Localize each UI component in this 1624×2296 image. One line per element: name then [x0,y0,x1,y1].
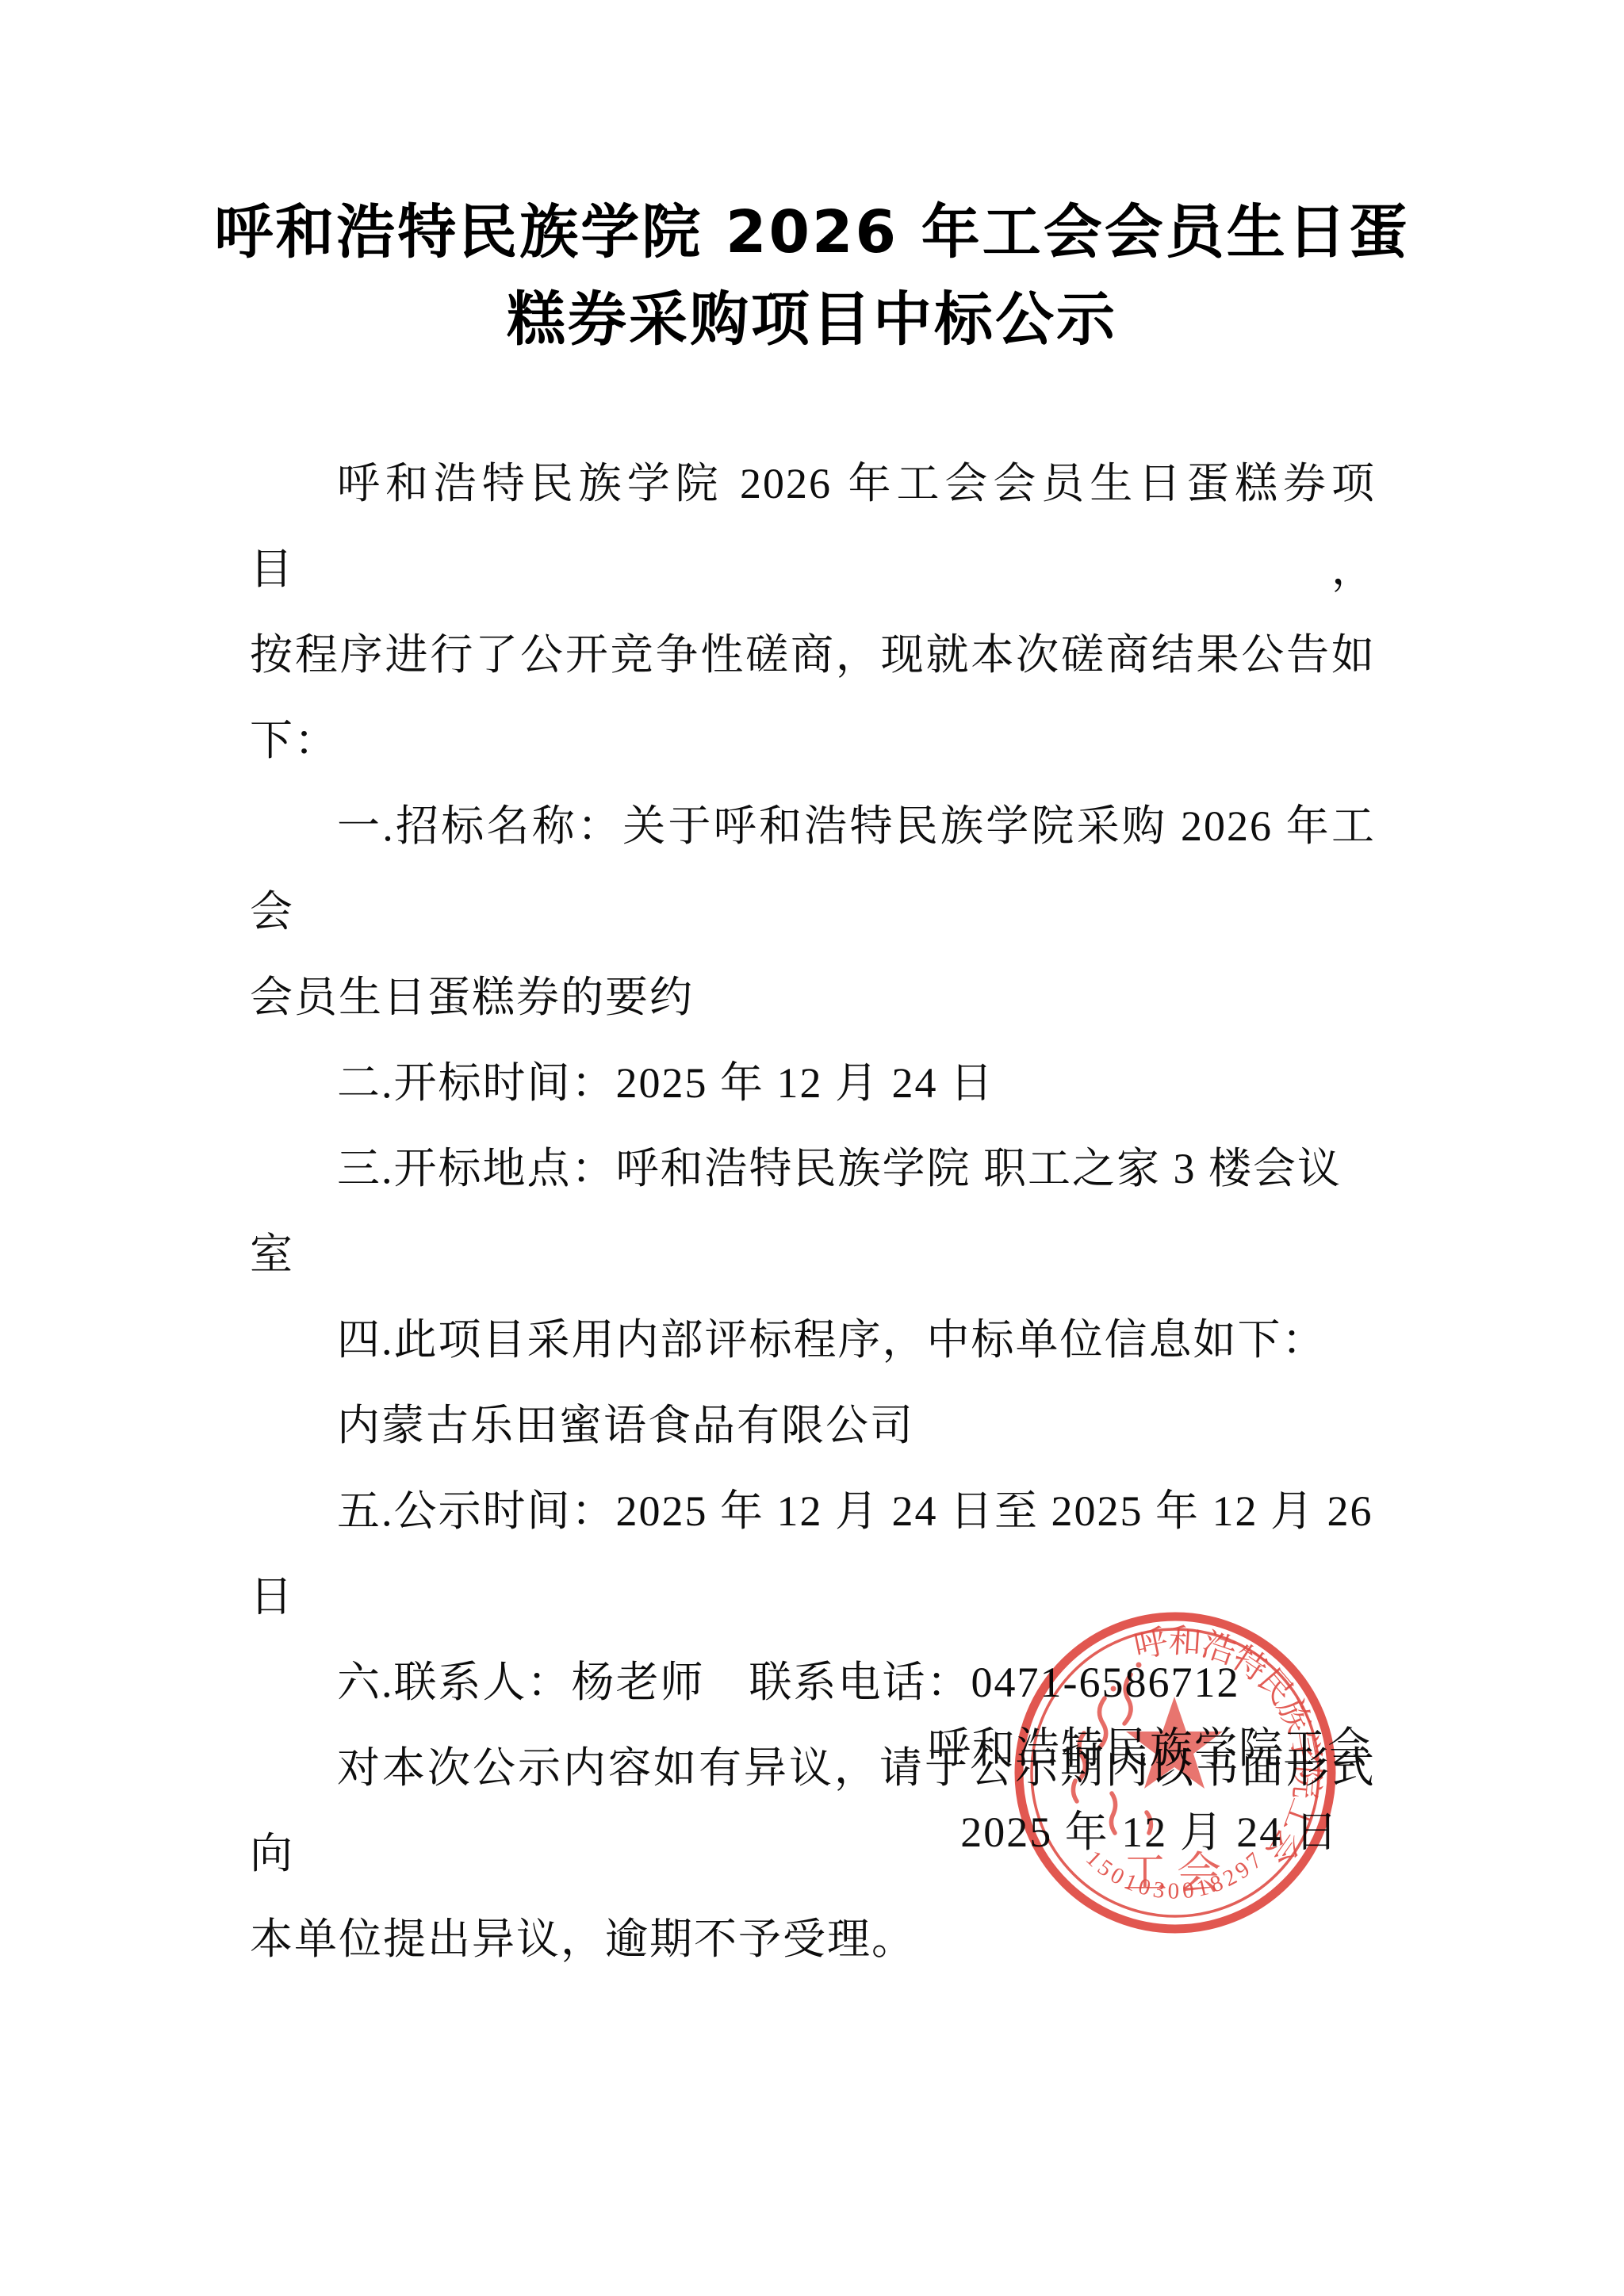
document-page: 呼和浩特民族学院 2026 年工会会员生日蛋 糕券采购项目中标公示 呼和浩特民族… [0,0,1624,2296]
document-title-line2: 糕券采购项目中标公示 [95,276,1529,363]
body-line: 下： [250,698,1376,783]
body-line: 四.此项目采用内部评标程序，中标单位信息如下： [250,1297,1376,1383]
mongolian-script-arc [1073,1663,1151,1834]
official-seal-stamp: 呼和浩特民族学院工会 工会 1501030018297 [1010,1605,1340,1941]
body-line: 会员生日蛋糕券的要约 [250,955,1376,1040]
document-title-line1: 呼和浩特民族学院 2026 年工会会员生日蛋 [95,189,1529,276]
body-line: 二.开标时间：2025 年 12 月 24 日 [250,1040,1376,1126]
body-line: 按程序进行了公开竞争性磋商，现就本次磋商结果公告如 [250,612,1376,698]
body-line: 三.开标地点：呼和浩特民族学院 职工之家 3 楼会议室 [250,1126,1376,1297]
red-star-icon [1126,1697,1223,1789]
document-title: 呼和浩特民族学院 2026 年工会会员生日蛋 糕券采购项目中标公示 [95,189,1529,363]
body-line: 内蒙古乐田蜜语食品有限公司 [250,1383,1376,1468]
body-line: 呼和浩特民族学院 2026 年工会会员生日蛋糕券项目， [250,441,1376,612]
body-line: 一.招标名称：关于呼和浩特民族学院采购 2026 年工会 [250,783,1376,955]
